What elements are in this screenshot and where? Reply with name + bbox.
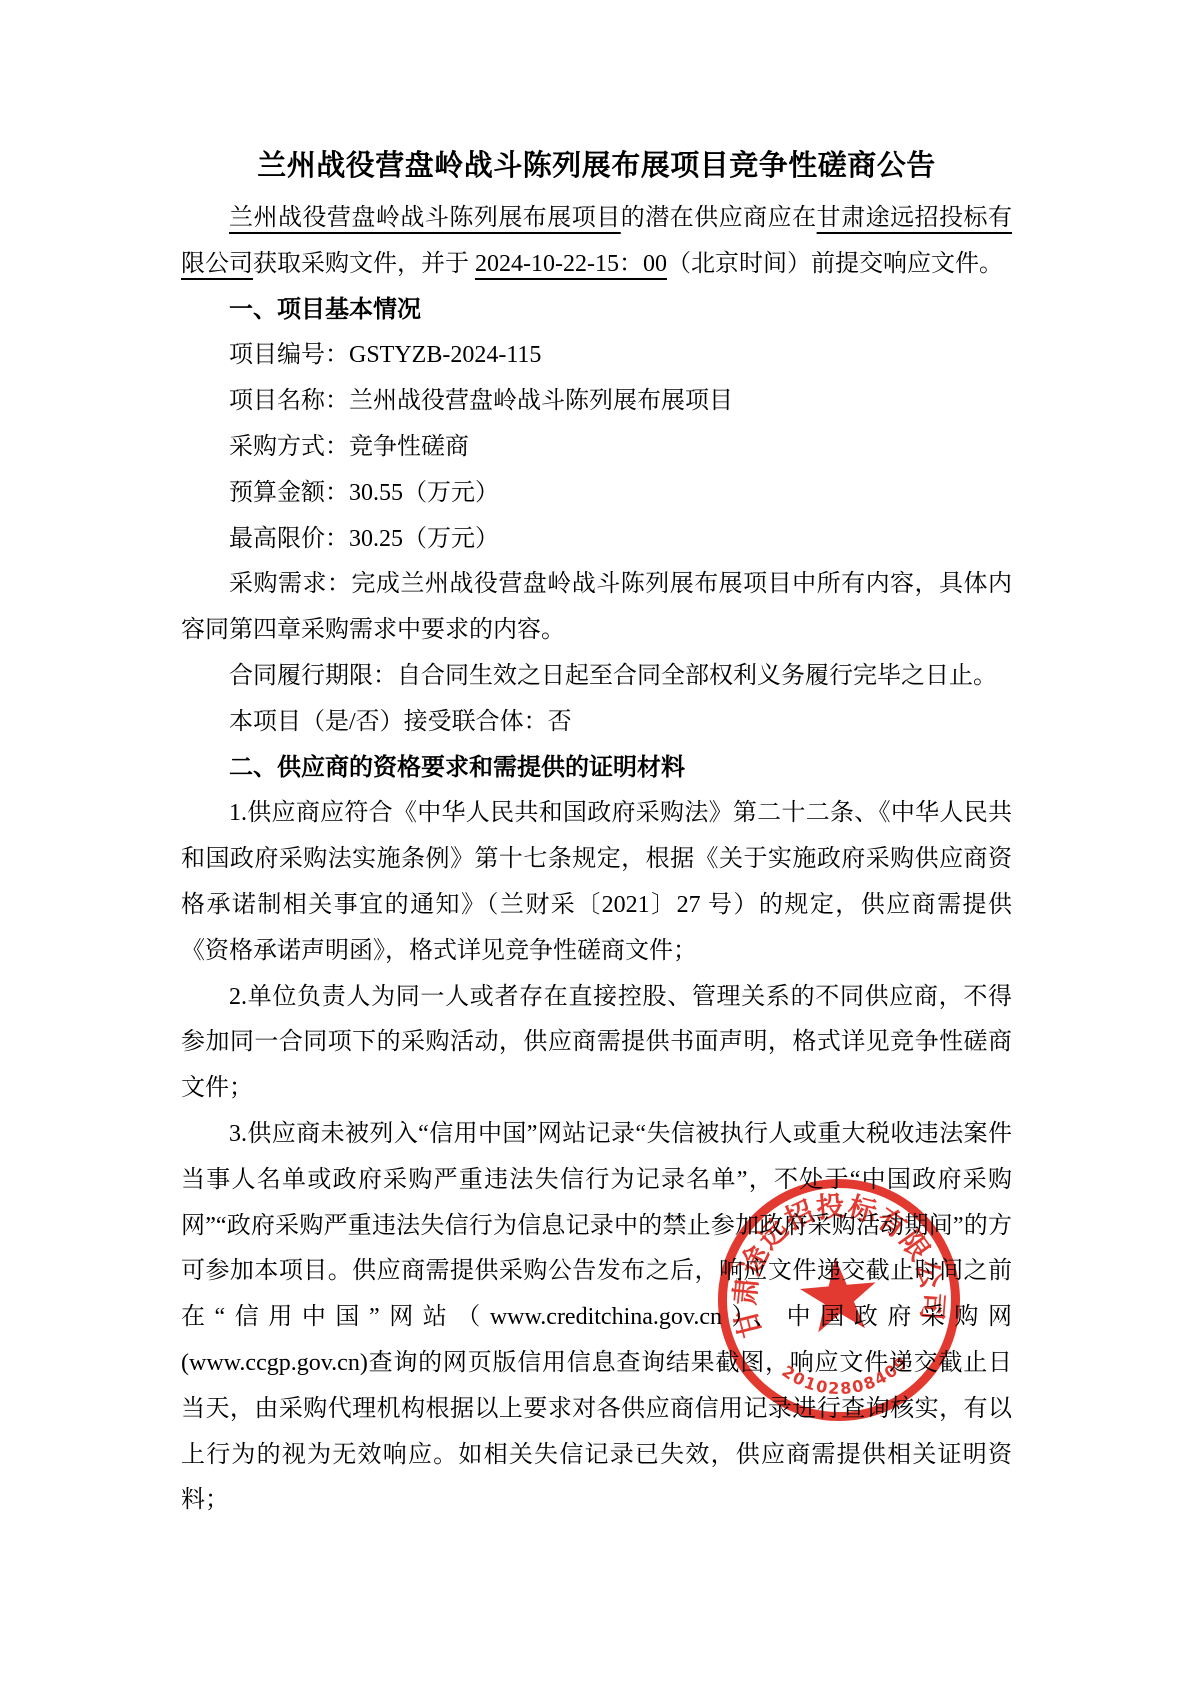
qualification-item-1: 1.供应商应符合《中华人民共和国政府采购法》第二十二条、《中华人民共和国政府采购… [181,791,1012,974]
intro-text-2: 获取采购文件，并于 [253,251,475,277]
field-project-name: 项目名称：兰州战役营盘岭战斗陈列展布展项目 [181,379,1012,425]
field-contract-period: 合同履行期限：自合同生效之日起至合同全部权利义务履行完毕之日止。 [181,654,1012,700]
seal-star-icon [797,1255,879,1334]
field-max-price: 最高限价：30.25（万元） [181,517,1012,563]
field-consortium-accepted: 本项目（是/否）接受联合体：否 [181,700,1012,746]
project-name-underlined: 兰州战役营盘岭战斗陈列展布展项目 [229,205,621,231]
field-project-number: 项目编号：GSTYZB-2024-115 [181,333,1012,379]
section1-heading: 一、项目基本情况 [181,288,1012,334]
intro-text-1: 的潜在供应商应在 [621,205,817,231]
company-seal-stamp: 甘肃途远招投标有限公司 6201028084095 [709,1170,969,1430]
field-procurement-requirements: 采购需求：完成兰州战役营盘岭战斗陈列展布展项目中所有内容，具体内容同第四章采购需… [181,562,1012,654]
section2-heading: 二、供应商的资格要求和需提供的证明材料 [181,746,1012,792]
intro-text-3: （北京时间）前提交响应文件。 [667,251,1003,277]
field-procurement-method: 采购方式：竞争性磋商 [181,425,1012,471]
field-budget-amount: 预算金额：30.55（万元） [181,471,1012,517]
deadline-underlined: 2024-10-22-15：00 [475,251,667,277]
intro-paragraph: 兰州战役营盘岭战斗陈列展布展项目的潜在供应商应在甘肃途远招投标有限公司获取采购文… [181,196,1012,288]
qualification-item-2: 2.单位负责人为同一人或者存在直接控股、管理关系的不同供应商，不得参加同一合同项… [181,975,1012,1112]
page-title: 兰州战役营盘岭战斗陈列展布展项目竞争性磋商公告 [181,148,1012,184]
